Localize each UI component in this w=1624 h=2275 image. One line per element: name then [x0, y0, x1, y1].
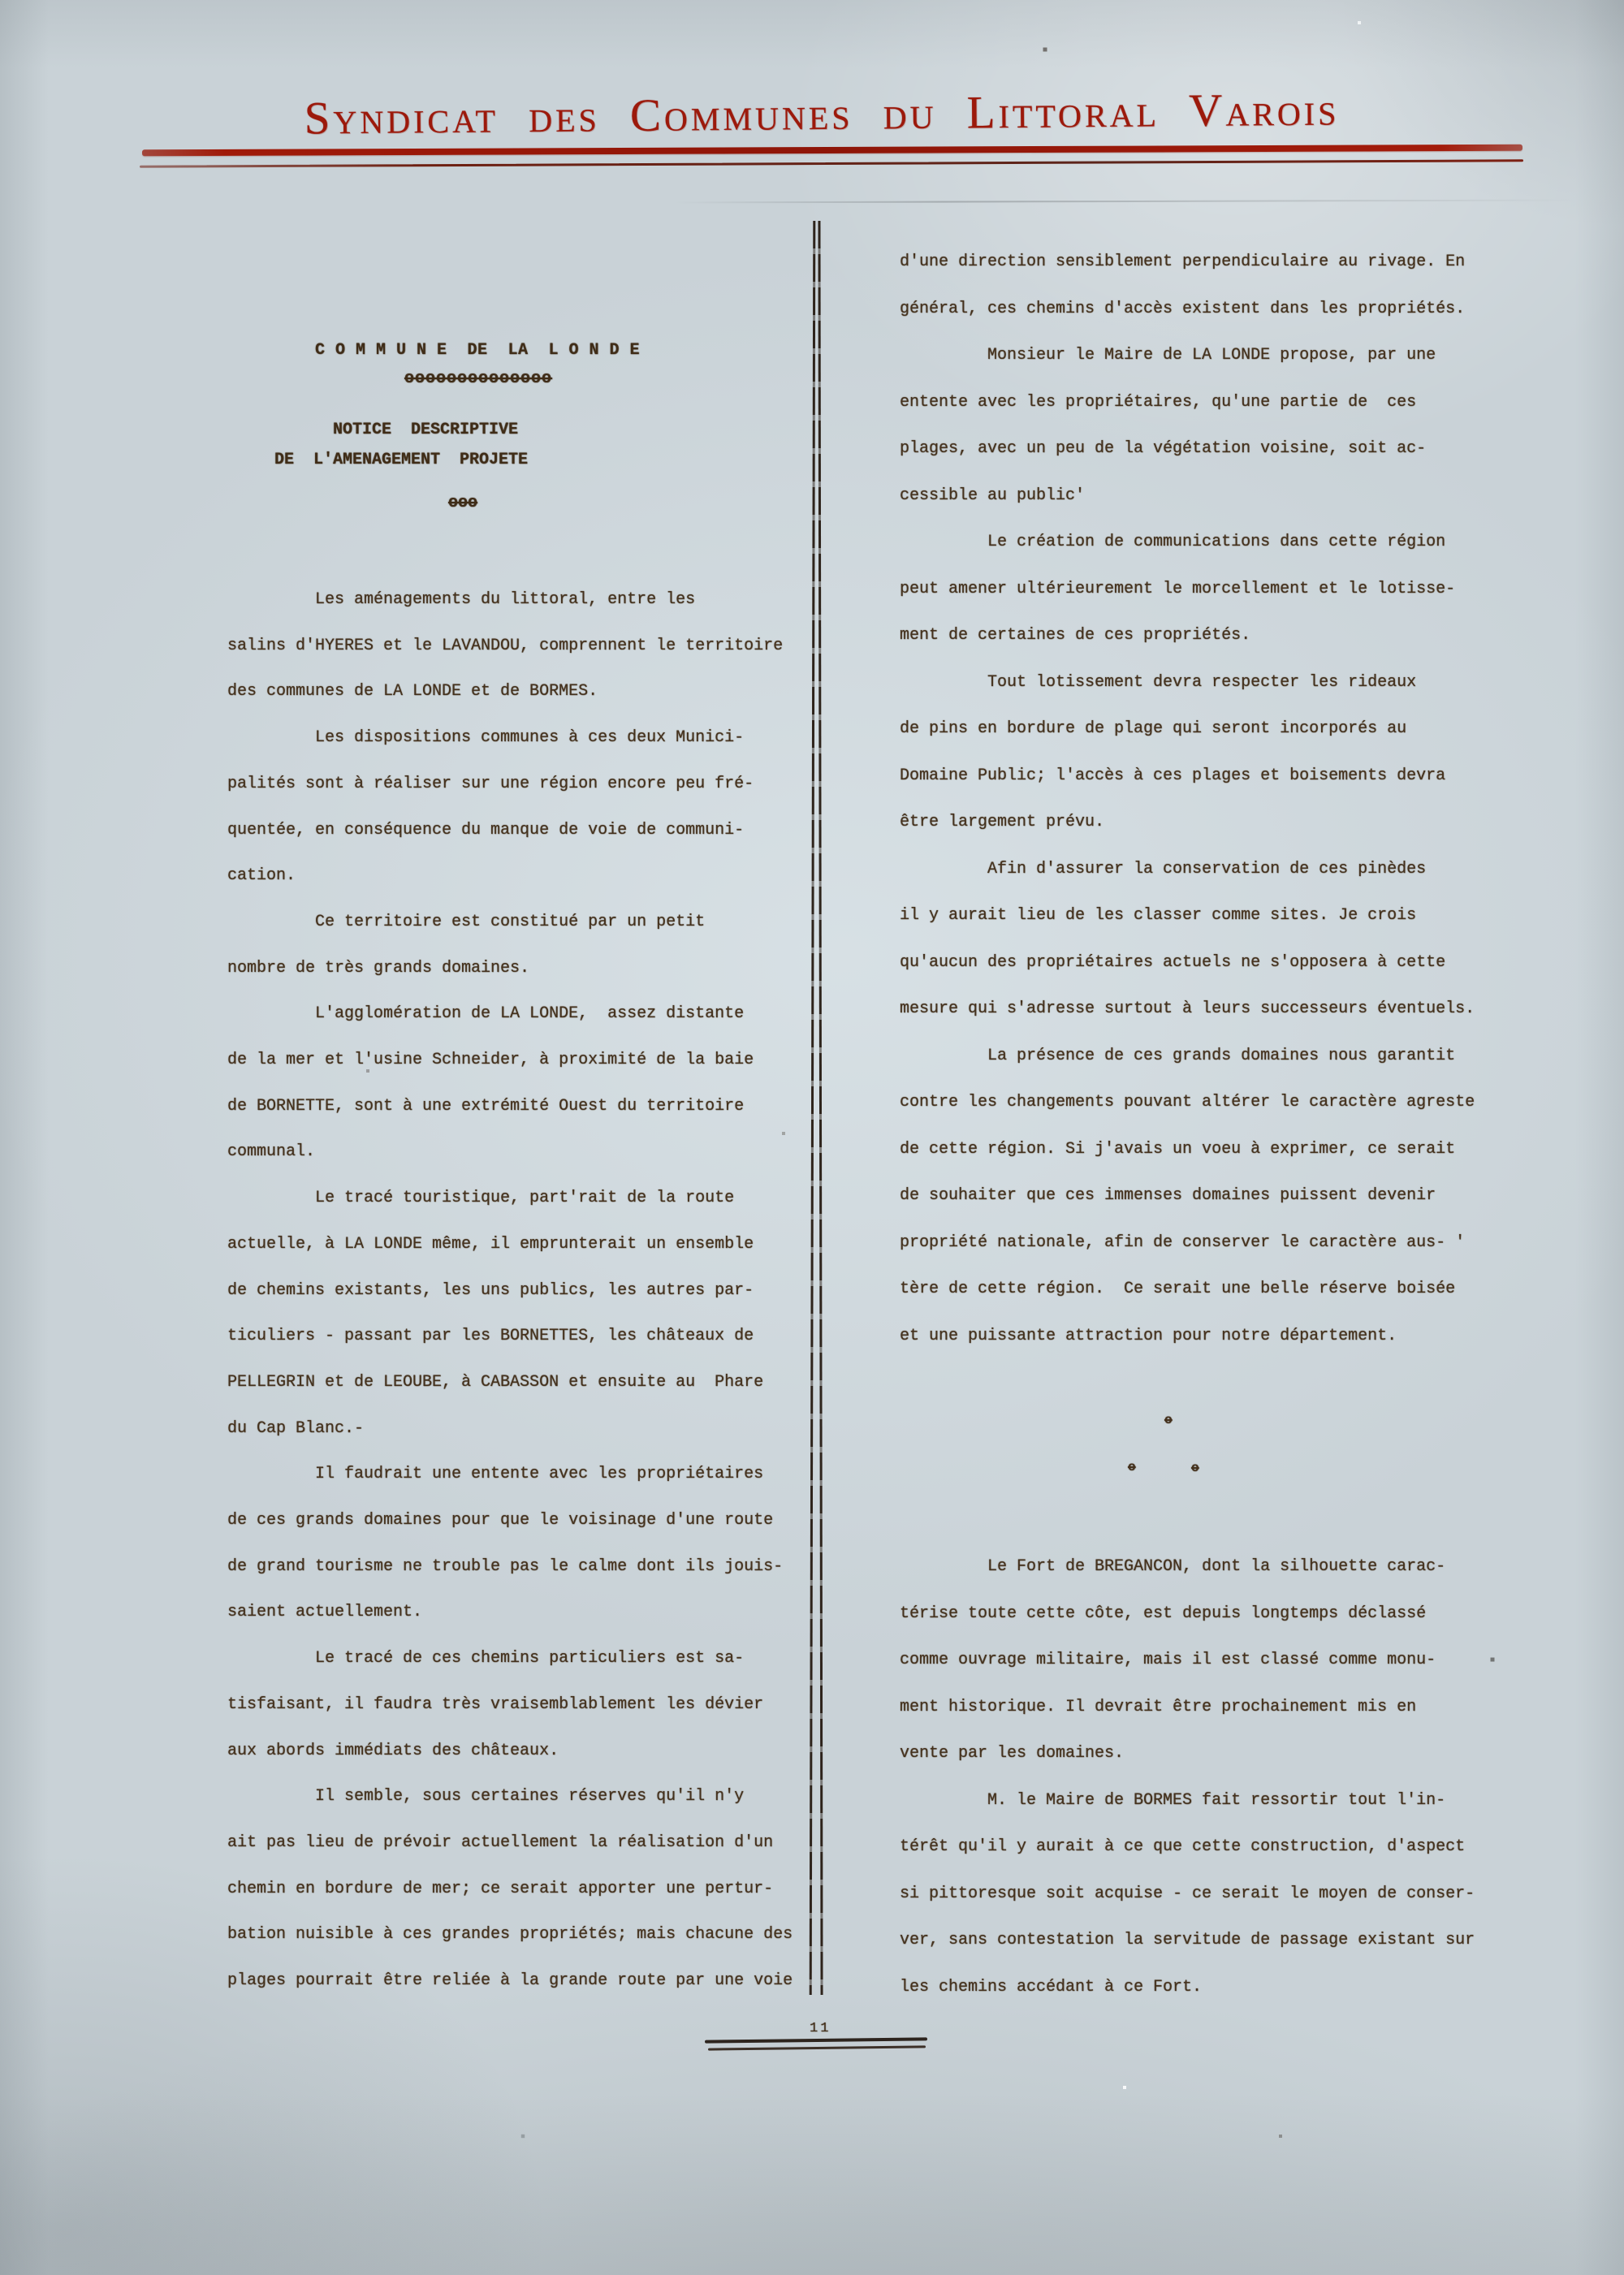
header-rule-thin [140, 159, 1523, 167]
text-line: aux abords immédiats des châteaux. [227, 1729, 793, 1775]
text-line: et une puissante attraction pour notre d… [900, 1313, 1475, 1360]
right-text-column-upper: d'une direction sensiblement perpendicul… [900, 239, 1475, 1359]
text-line: peut amener ultérieurement le morcelleme… [900, 566, 1475, 613]
text-line: être largement prévu. [900, 799, 1475, 846]
text-line: vente par les domaines. [900, 1730, 1475, 1777]
text-line: Il faudrait une entente avec les proprié… [227, 1452, 793, 1498]
text-line: si pittoresque soit acquise - ce serait … [900, 1871, 1475, 1918]
section-heading-amenagement: DE L'AMENAGEMENT PROJETE [274, 451, 528, 469]
text-line: saient actuellement. [227, 1590, 793, 1636]
text-line: Afin d'assurer la conservation de ces pi… [900, 846, 1475, 893]
text-line: M. le Maire de BORMES fait ressortir tou… [900, 1777, 1475, 1824]
document-page: Syndicat des Communes du Littoral Varois… [0, 0, 1624, 2275]
header-rule-thick [142, 145, 1522, 157]
text-line: comme ouvrage militaire, mais il est cla… [900, 1637, 1475, 1684]
right-text-column-lower: Le Fort de BREGANCON, dont la silhouette… [900, 1543, 1475, 2010]
text-line: plages, avec un peu de la végétation voi… [900, 425, 1475, 473]
text-line: térise toute cette côte, est depuis long… [900, 1591, 1475, 1638]
text-line: les chemins accédant à ce Fort. [900, 1964, 1475, 2011]
left-text-column: Les aménagements du littoral, entre less… [227, 577, 793, 2005]
text-line: général, ces chemins d'accès existent da… [900, 286, 1475, 333]
text-line: Tout lotissement devra respecter les rid… [900, 659, 1475, 706]
page-number: 11 [810, 2021, 831, 2036]
text-line: de grand tourisme ne trouble pas le calm… [227, 1544, 793, 1591]
text-line: de pins en bordure de plage qui seront i… [900, 706, 1475, 753]
text-line: cessible au public' [900, 473, 1475, 520]
text-line: il y aurait lieu de les classer comme si… [900, 892, 1475, 939]
text-line: de ces grands domaines pour que le voisi… [227, 1498, 793, 1544]
text-line: ticuliers - passant par les BORNETTES, l… [227, 1314, 793, 1360]
column-divider-line [818, 221, 823, 1995]
text-line: palités sont à réaliser sur une région e… [227, 762, 793, 808]
text-line: d'une direction sensiblement perpendicul… [900, 239, 1475, 286]
separator-dot-right: o [1191, 1461, 1199, 1475]
text-line: communal. [227, 1129, 793, 1176]
text-line: Les aménagements du littoral, entre les [227, 577, 793, 624]
text-line: Le Fort de BREGANCON, dont la silhouette… [900, 1543, 1475, 1591]
text-line: propriété nationale, afin de conserver l… [900, 1220, 1475, 1267]
text-line: de BORNETTE, sont à une extrémité Ouest … [227, 1084, 793, 1130]
text-line: de souhaiter que ces immenses domaines p… [900, 1172, 1475, 1220]
text-line: actuelle, à LA LONDE même, il empruntera… [227, 1222, 793, 1268]
text-line: de la mer et l'usine Schneider, à proxim… [227, 1038, 793, 1084]
text-line: Le création de communications dans cette… [900, 519, 1475, 566]
text-line: Il semble, sous certaines réserves qu'il… [227, 1774, 793, 1820]
text-line: ment de certaines de ces propriétés. [900, 612, 1475, 659]
text-line: bation nuisible à ces grandes propriétés… [227, 1912, 793, 1958]
footer-rule-thick [705, 2037, 927, 2043]
section-heading-commune: C O M M U N E DE LA L O N D E [315, 341, 640, 360]
text-line: Le tracé touristique, part'rait de la ro… [227, 1176, 793, 1222]
section-heading-notice: NOTICE DESCRIPTIVE [333, 421, 518, 439]
text-line: tisfaisant, il faudra très vraisemblable… [227, 1682, 793, 1729]
text-line: mesure qui s'adresse surtout à leurs suc… [900, 986, 1475, 1033]
text-line: qu'aucun des propriétaires actuels ne s'… [900, 939, 1475, 986]
text-line: des communes de LA LONDE et de BORMES. [227, 669, 793, 715]
text-line: tère de cette région. Ce serait une bell… [900, 1266, 1475, 1313]
text-line: nombre de très grands domaines. [227, 946, 793, 992]
heading-ornament-small: ooo [448, 494, 477, 512]
text-line: ait pas lieu de prévoir actuellement la … [227, 1820, 793, 1867]
text-line: térêt qu'il y aurait à ce que cette cons… [900, 1824, 1475, 1871]
text-line: du Cap Blanc.- [227, 1406, 793, 1453]
text-line: ment historique. Il devrait être prochai… [900, 1684, 1475, 1731]
text-line: contre les changements pouvant altérer l… [900, 1079, 1475, 1126]
paper-crease [674, 200, 1575, 204]
text-line: de chemins existants, les uns publics, l… [227, 1268, 793, 1314]
text-line: Les dispositions communes à ces deux Mun… [227, 715, 793, 762]
text-line: Ce territoire est constitué par un petit [227, 900, 793, 946]
text-line: La présence de ces grands domaines nous … [900, 1033, 1475, 1080]
footer-rule-thin [708, 2045, 926, 2050]
paper-specks [0, 0, 2, 2]
text-line: de cette région. Si j'avais un voeu à ex… [900, 1126, 1475, 1173]
text-line: salins d'HYERES et le LAVANDOU, comprenn… [227, 624, 793, 670]
column-divider-line [810, 221, 816, 1995]
separator-dot-top: o [1164, 1413, 1173, 1427]
page-title: Syndicat des Communes du Littoral Varois [213, 85, 1431, 143]
text-line: plages pourrait être reliée à la grande … [227, 1958, 793, 2005]
heading-ornament-row: oooooooooooooo [404, 369, 552, 388]
text-line: Le tracé de ces chemins particuliers est… [227, 1636, 793, 1682]
separator-dot-left: o [1128, 1460, 1136, 1474]
text-line: Monsieur le Maire de LA LONDE propose, p… [900, 332, 1475, 379]
text-line: L'agglomération de LA LONDE, assez dista… [227, 991, 793, 1038]
text-line: entente avec les propriétaires, qu'une p… [900, 379, 1475, 426]
text-line: chemin en bordure de mer; ce serait appo… [227, 1867, 793, 1913]
text-line: quentée, en conséquence du manque de voi… [227, 808, 793, 854]
text-line: Domaine Public; l'accès à ces plages et … [900, 753, 1475, 800]
text-line: cation. [227, 853, 793, 900]
text-line: PELLEGRIN et de LEOUBE, à CABASSON et en… [227, 1360, 793, 1406]
text-line: ver, sans contestation la servitude de p… [900, 1917, 1475, 1964]
